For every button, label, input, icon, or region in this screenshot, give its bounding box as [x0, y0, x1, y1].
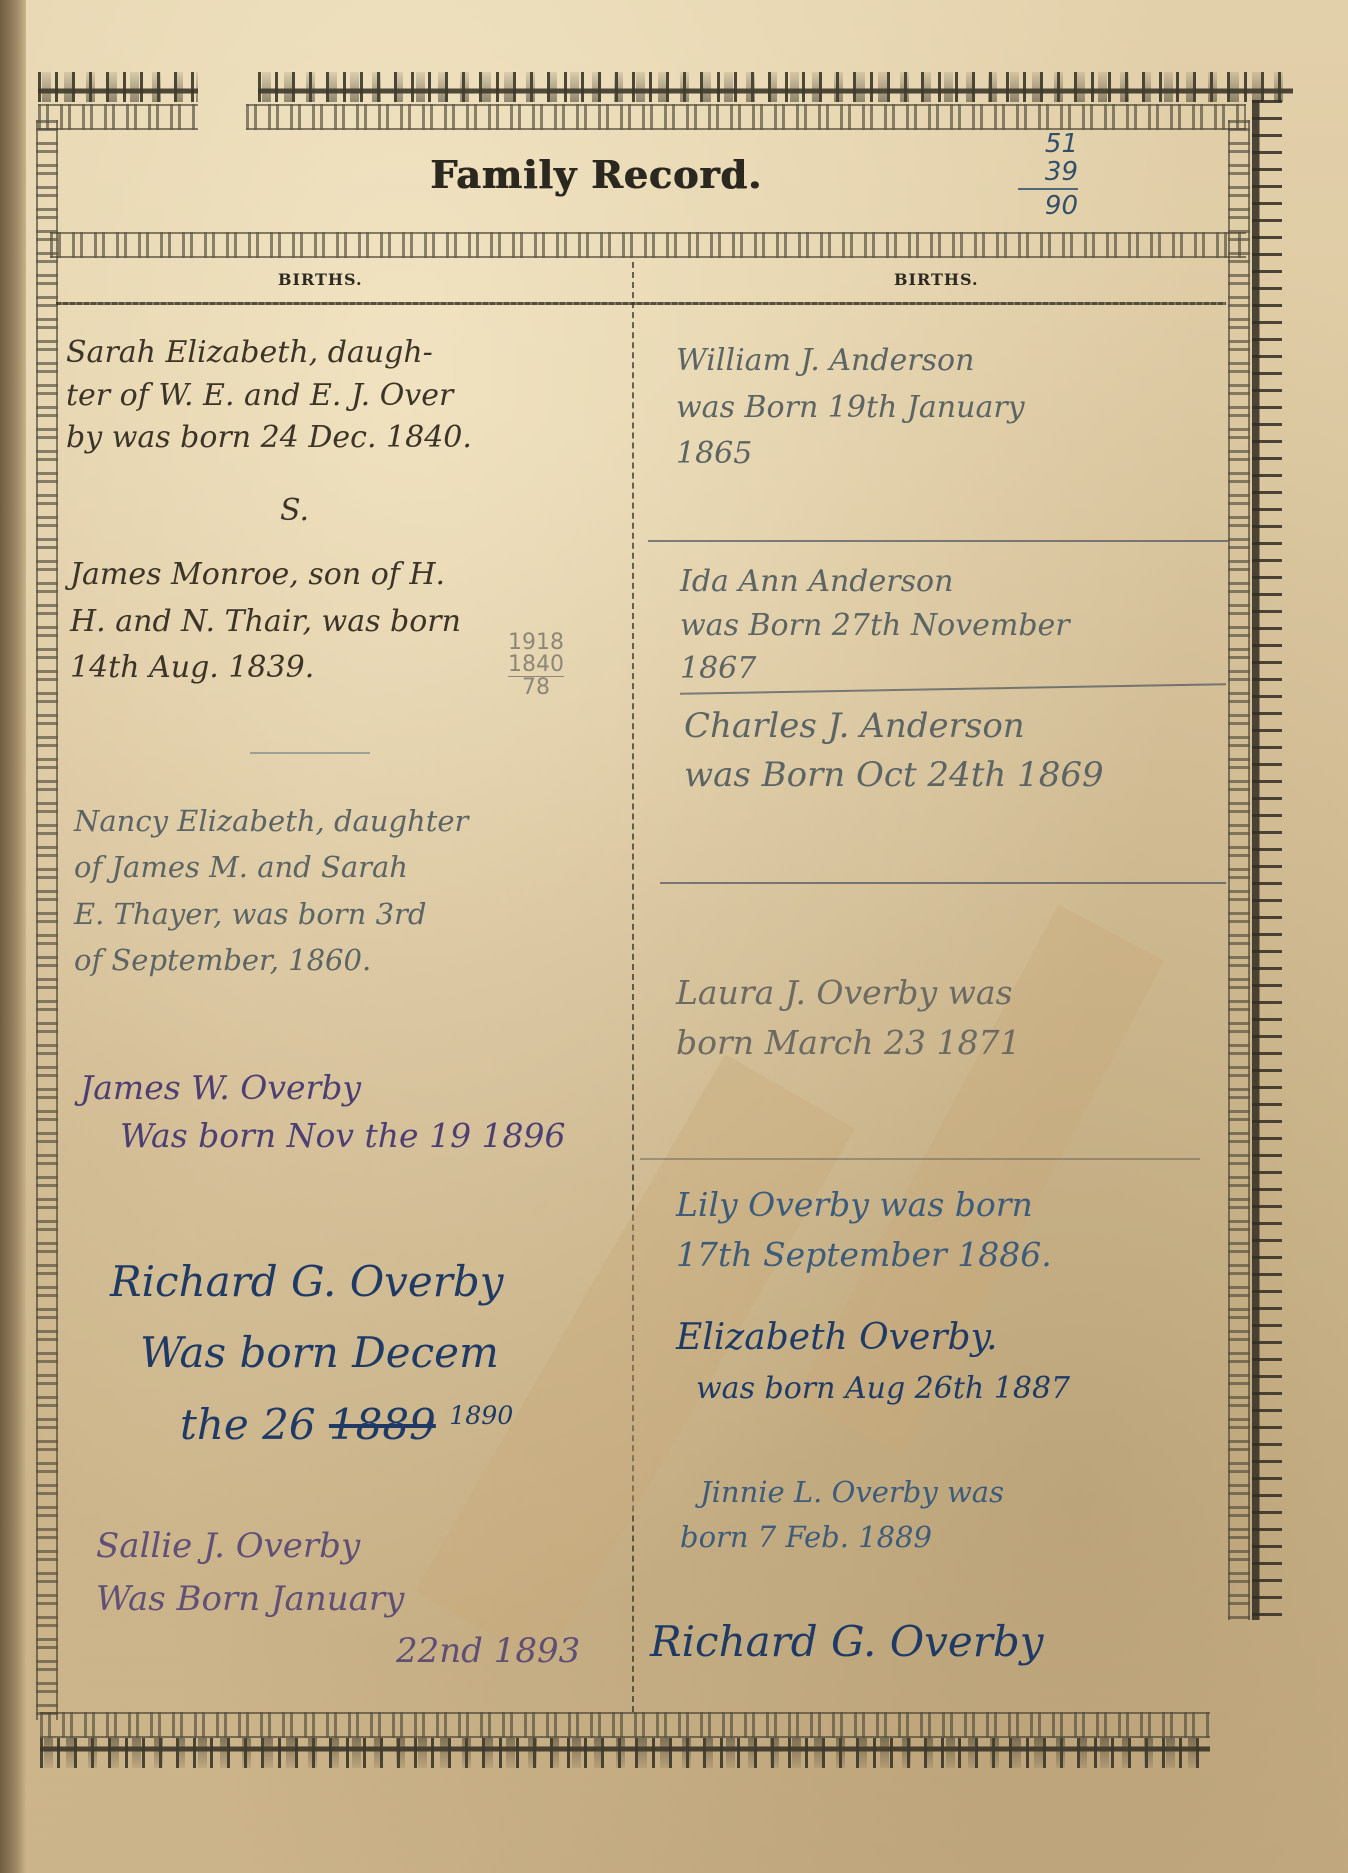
entry-line: Richard G. Overby — [650, 1612, 1043, 1672]
entry-line: Was Born January — [96, 1573, 580, 1626]
top-leaf-border-right — [258, 72, 1293, 102]
birth-entry-ida-ann-anderson: Ida Ann Anderson was Born 27th November … — [680, 560, 1070, 691]
pencil-age-calculation: 1918 1840 78 — [508, 632, 564, 699]
entry-line: H. and N. Thair, was born — [70, 599, 461, 646]
entry-line: Jinnie L. Overby was — [700, 1470, 1004, 1515]
top-leaf-border-left — [38, 72, 198, 102]
entry-line: Elizabeth Overby. — [676, 1310, 1070, 1366]
birth-entry-sallie-j-overby: Sallie J. Overby Was Born January 22nd 1… — [96, 1520, 580, 1678]
family-record-page: Family Record. 51 39 90 BIRTHS. BIRTHS. … — [0, 0, 1348, 1873]
entry-line: Ida Ann Anderson — [680, 560, 1070, 604]
entry-line: James W. Overby — [80, 1064, 566, 1112]
entry-line: was born Aug 26th 1887 — [676, 1366, 1070, 1413]
entry-line: Richard G. Overby — [110, 1246, 513, 1317]
date-prefix: the 26 — [180, 1400, 329, 1449]
entry-line: 14th Aug. 1839. — [70, 645, 461, 692]
entry-line: Charles J. Anderson — [684, 702, 1104, 751]
entry-line: 22nd 1893 — [96, 1625, 580, 1678]
corrected-year: 1890 — [449, 1401, 513, 1430]
entry-line: Was born Nov the 19 1896 — [80, 1112, 566, 1160]
ink-separator — [648, 540, 1228, 542]
page-title: Family Record. — [430, 152, 850, 197]
entry-line: was Born 19th January — [676, 385, 1025, 432]
births-header-left: BIRTHS. — [278, 270, 363, 289]
book-spine — [0, 0, 26, 1873]
pencil-number: 1918 — [508, 632, 564, 654]
pencil-number: 78 — [508, 677, 564, 699]
birth-entry-laura-j-overby: Laura J. Overby was born March 23 1871 — [676, 968, 1020, 1067]
entry-line: was Born Oct 24th 1869 — [684, 751, 1104, 800]
entry-line: 17th September 1886. — [676, 1230, 1052, 1280]
margin-calculation: 51 39 90 — [1008, 130, 1078, 220]
pencil-separator — [250, 752, 370, 754]
entry-line: born March 23 1871 — [676, 1018, 1020, 1068]
entry-line: 1867 — [680, 647, 1070, 691]
bottom-chain-border — [40, 1712, 1210, 1738]
entry-line: born 7 Feb. 1889 — [680, 1515, 1004, 1560]
entry-line: by was born 24 Dec. 1840. — [66, 417, 472, 460]
entry-line: the 26 1889 1890 — [110, 1389, 513, 1460]
births-header-right: BIRTHS. — [894, 270, 979, 289]
flourish-mark: S. — [280, 490, 309, 533]
birth-entry-sarah-elizabeth: Sarah Elizabeth, daugh- ter of W. E. and… — [66, 332, 472, 460]
birth-entry-james-monroe: James Monroe, son of H. H. and N. Thair,… — [70, 552, 461, 692]
entry-line: ter of W. E. and E. J. Over — [66, 375, 472, 418]
entry-line: James Monroe, son of H. — [70, 552, 461, 599]
pencil-number: 1840 — [508, 654, 564, 677]
entry-line: Sarah Elizabeth, daugh- — [66, 332, 472, 375]
margin-total: 90 — [1008, 192, 1078, 220]
right-leaf-border — [1252, 100, 1282, 1620]
entry-line: Nancy Elizabeth, daughter — [74, 798, 468, 844]
birth-entry-richard-g-overby-left: Richard G. Overby Was born Decem the 26 … — [110, 1246, 513, 1460]
title-chain-border — [50, 232, 1246, 258]
entry-line: of September, 1860. — [74, 937, 468, 983]
margin-number: 39 — [1008, 158, 1078, 186]
struck-year: 1889 — [329, 1400, 436, 1449]
birth-entry-jinnie-l-overby: Jinnie L. Overby was born 7 Feb. 1889 — [700, 1470, 1004, 1560]
birth-entry-james-w-overby: James W. Overby Was born Nov the 19 1896 — [80, 1064, 566, 1160]
top-chain-border-right — [246, 104, 1246, 130]
entry-line: of James M. and Sarah — [74, 844, 468, 890]
ink-separator — [660, 882, 1226, 884]
entry-line: Lily Overby was born — [676, 1180, 1052, 1230]
sum-rule — [1018, 188, 1078, 190]
birth-entry-elizabeth-overby: Elizabeth Overby. was born Aug 26th 1887 — [676, 1310, 1070, 1412]
entry-line: was Born 27th November — [680, 604, 1070, 648]
birth-entry-nancy-elizabeth: Nancy Elizabeth, daughter of James M. an… — [74, 798, 468, 984]
signature-richard-g-overby: Richard G. Overby — [650, 1612, 1043, 1672]
header-rule — [56, 302, 1226, 305]
entry-line: 1865 — [676, 431, 1025, 478]
birth-entry-william-j-anderson: William J. Anderson was Born 19th Januar… — [676, 338, 1025, 478]
entry-line: Laura J. Overby was — [676, 968, 1020, 1018]
entry-line: Sallie J. Overby — [96, 1520, 580, 1573]
entry-line: William J. Anderson — [676, 338, 1025, 385]
birth-entry-charles-j-anderson: Charles J. Anderson was Born Oct 24th 18… — [684, 702, 1104, 801]
entry-line: Was born Decem — [110, 1317, 513, 1388]
entry-line: E. Thayer, was born 3rd — [74, 891, 468, 937]
left-chain-border — [36, 120, 58, 1720]
pencil-separator — [640, 1158, 1200, 1160]
birth-entry-lily-overby: Lily Overby was born 17th September 1886… — [676, 1180, 1052, 1279]
bottom-leaf-border — [40, 1738, 1210, 1768]
right-chain-border — [1228, 120, 1250, 1620]
margin-number: 51 — [1008, 130, 1078, 158]
top-chain-border-left — [38, 104, 198, 130]
